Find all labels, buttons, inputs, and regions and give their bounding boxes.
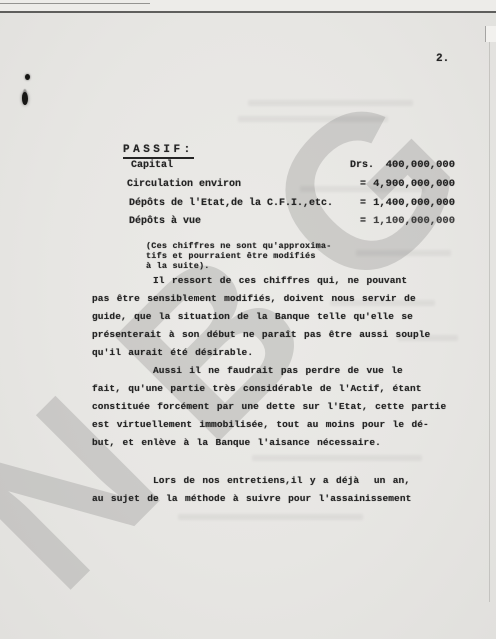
paragraph-line: qu'il aurait été désirable.: [92, 347, 253, 358]
section-heading-passif: PASSIF:: [123, 144, 194, 159]
paragraph-line: constituée forcément par une dette sur l…: [92, 401, 446, 412]
note-line: (Ces chiffres ne sont qu'approxima-: [146, 241, 332, 251]
note-line: à la suite).: [146, 261, 210, 271]
paragraph-line: but, et enlève à la Banque l'aisance néc…: [92, 437, 381, 448]
paragraph-line: fait, qu'une partie très considérable de…: [92, 383, 422, 394]
ink-blot: [25, 74, 30, 80]
paragraph-line: au sujet de la méthode à suivre pour l'a…: [92, 493, 411, 504]
bleed-through-line: [178, 514, 363, 520]
table-row-label: Dépôts à vue: [129, 216, 201, 227]
scan-top-edge-line: [0, 11, 496, 13]
page-number: 2.: [436, 53, 449, 65]
ink-blot: [22, 92, 28, 105]
bleed-through-line: [238, 116, 388, 122]
table-row-label: Capital: [131, 160, 173, 171]
bleed-through-line: [356, 250, 451, 256]
paragraph-line: Lors de nos entretiens,il y a déjà un an…: [153, 475, 410, 486]
paragraph-line: Aussi il ne faudrait pas perdre de vue l…: [153, 365, 403, 376]
paragraph-line: guide, que la situation de la Banque tel…: [92, 311, 413, 322]
document-page: NBG 2. PASSIF: Capital Drs. 400,000,000 …: [0, 0, 496, 639]
paragraph-line: pas être sensiblement modifiés, doivent …: [92, 293, 416, 304]
table-row-value: 1,400,000,000: [355, 197, 455, 209]
bleed-through-line: [252, 455, 422, 461]
paragraph-line: est virtuellement immobilisée, tout au m…: [92, 419, 429, 430]
scan-top-strip: [0, 0, 496, 11]
table-row-value: 400,000,000: [355, 159, 455, 171]
paragraph-line: présenterait à son début ne paraît pas ê…: [92, 329, 430, 340]
table-row-label: Dépôts de l'Etat,de la C.F.I.,etc.: [129, 198, 333, 209]
table-row-value: 1,100,000,000: [355, 215, 455, 227]
note-line: tifs et pourraient être modifiés: [146, 251, 316, 261]
scan-right-notch: [485, 26, 496, 42]
paragraph-line: Il ressort de ces chiffres qui, ne pouva…: [153, 275, 407, 286]
bleed-through-line: [248, 100, 413, 106]
table-row-value: 4,900,000,000: [355, 178, 455, 190]
table-row-label: Circulation environ: [127, 179, 241, 190]
scan-top-edge-line-2: [0, 3, 150, 4]
